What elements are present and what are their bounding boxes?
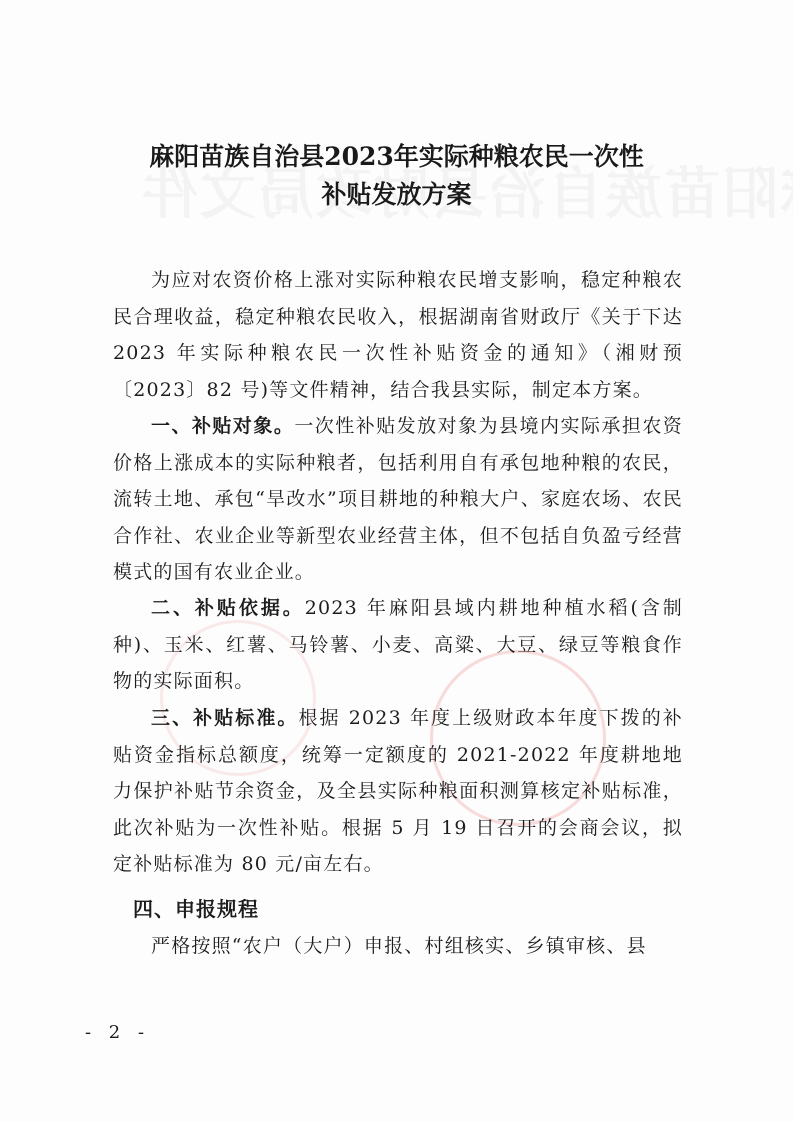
section-4-heading: 四、申报规程 [133, 893, 259, 922]
section-2-heading: 二、补贴依据。 [151, 597, 305, 619]
intro-paragraph: 为应对农资价格上涨对实际种粮农民增支影响，稳定种粮农民合理收益，稳定种粮农民收入… [113, 262, 683, 408]
document-title-line1: 麻阳苗族自治县2023年实际种粮农民一次性 [0, 137, 793, 173]
section-1-heading: 一、补贴对象。 [151, 415, 294, 437]
section-1-paragraph: 一、补贴对象。一次性补贴发放对象为县境内实际承担农资价格上涨成本的实际种粮者，包… [113, 408, 683, 591]
page-number: - 2 - [85, 1022, 150, 1043]
section-3-body: 根据 2023 年度上级财政本年度下拨的补贴资金指标总额度，统筹一定额度的 20… [113, 707, 683, 875]
section-2-paragraph: 二、补贴依据。2023 年麻阳县域内耕地种植水稻(含制种)、玉米、红薯、马铃薯、… [113, 590, 683, 700]
document-title-line2: 补贴发放方案 [0, 175, 793, 211]
section-3-heading: 三、补贴标准。 [151, 707, 298, 729]
section-4-body: 严格按照“农户（大户）申报、村组核实、乡镇审核、县 [113, 928, 683, 965]
document-page: 麻阳苗族自治县财政局文件 麻阳苗族自治县2023年实际种粮农民一次性 补贴发放方… [0, 0, 793, 1122]
section-3-paragraph: 三、补贴标准。根据 2023 年度上级财政本年度下拨的补贴资金指标总额度，统筹一… [113, 700, 683, 883]
section-1-body: 一次性补贴发放对象为县境内实际承担农资价格上涨成本的实际种粮者，包括利用自有承包… [113, 415, 683, 583]
